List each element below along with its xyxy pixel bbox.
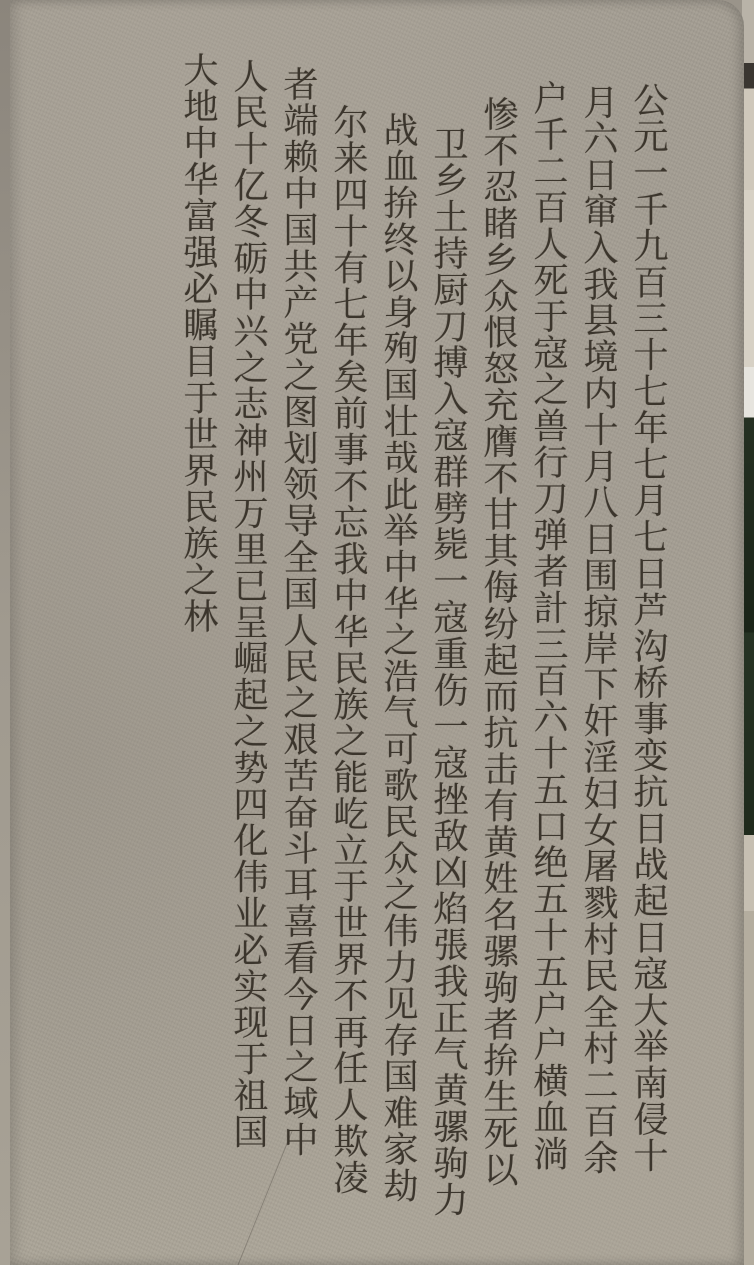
inscription-column-6: 战血拚终以身殉国壮哉此举中华之浩气可歌民众之伟力见存国难家劫 xyxy=(377,52,418,1232)
inscription-column-3: 户千二百人死于寇之兽行刀弹者計三百六十五口绝五十五户户横血淌 xyxy=(527,52,568,1232)
inscription-column-5: 卫乡土持厨刀搏入寇群劈毙一寇重伤一寇挫敌凶焰張我正气黄骡驹力 xyxy=(427,52,468,1232)
photo-scene: 公元一千九百三十七年七月七日芦沟桥事变抗日战起日寇大举南侵十 月六日窜入我县境内… xyxy=(0,0,754,1265)
inscription-column-7: 尔来四十有七年矣前事不忘我中华民族之能屹立于世界不再任人欺凌 xyxy=(327,52,368,1232)
inscription-column-1: 公元一千九百三十七年七月七日芦沟桥事变抗日战起日寇大举南侵十 xyxy=(627,52,668,1232)
inscription-column-4: 惨不忍睹乡众恨怒充膺不甘其侮纷起而抗击有黄姓名骡驹者拚生死以 xyxy=(477,52,518,1232)
inscription-column-2: 月六日窜入我县境内十月八日围掠岸下奸淫妇女屠戮村民全村二百余 xyxy=(577,52,618,1232)
inscription-text: 公元一千九百三十七年七月七日芦沟桥事变抗日战起日寇大举南侵十 月六日窜入我县境内… xyxy=(177,52,668,1232)
inscription-column-8: 者端赖中国共产党之图划领导全国人民之艰苦奋斗耳喜看今日之域中 xyxy=(277,52,318,1232)
inscription-column-9: 人民十亿冬砺中兴之志神州万里已呈崛起之势四化伟业必实现于祖国 xyxy=(227,52,268,1232)
inscription-column-10: 大地中华富强必瞩目于世界民族之林 xyxy=(177,52,218,1232)
